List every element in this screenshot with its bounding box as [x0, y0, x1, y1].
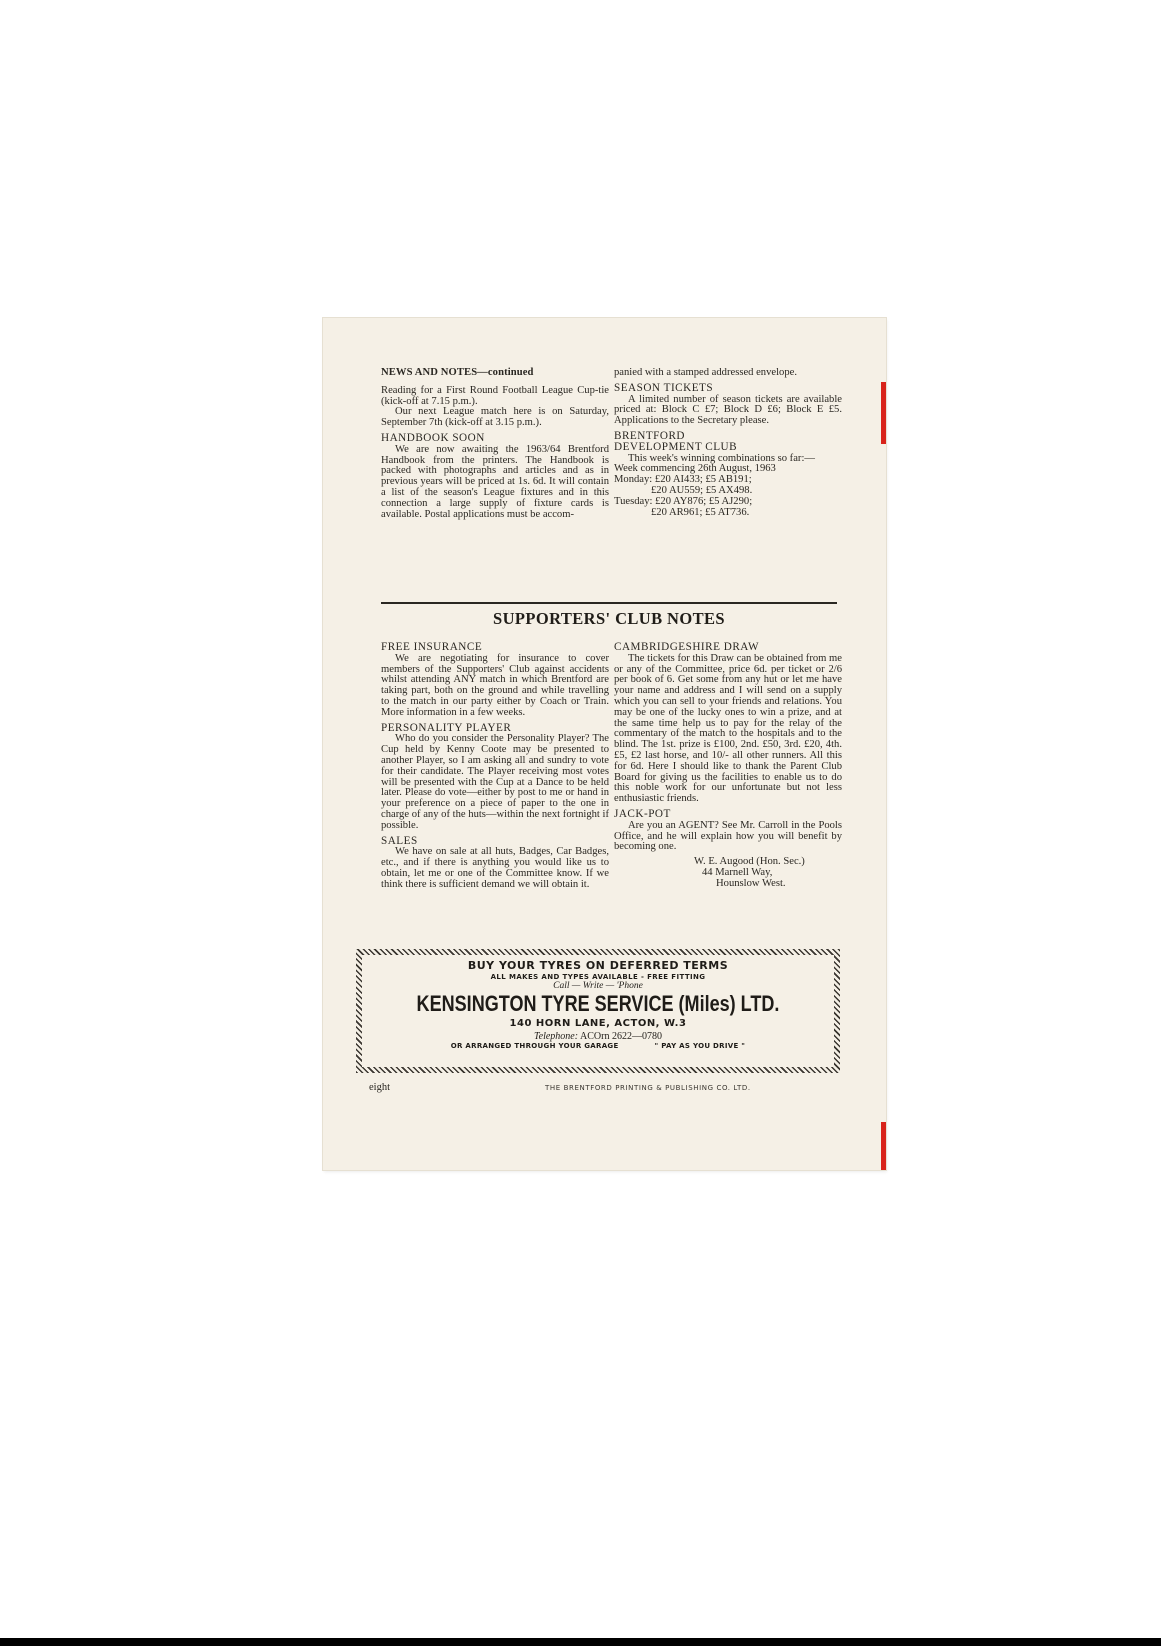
- advert-garage: OR ARRANGED THROUGH YOUR GARAGE: [451, 1042, 619, 1050]
- season-tickets-heading: SEASON TICKETS: [614, 383, 842, 394]
- sales-text: We have on sale at all huts, Badges, Car…: [381, 847, 609, 890]
- telephone-label: Telephone:: [534, 1031, 578, 1042]
- printer-credit: THE BRENTFORD PRINTING & PUBLISHING CO. …: [545, 1084, 751, 1092]
- page-number: eight: [369, 1082, 390, 1093]
- draw-heading: CAMBRIDGESHIRE DRAW: [614, 642, 842, 653]
- handbook-text-cont: panied with a stamped addressed envelope…: [614, 368, 842, 379]
- signature-block: W. E. Augood (Hon. Sec.) 44 Marnell Way,…: [614, 857, 842, 889]
- news-left-column: NEWS AND NOTES—continued Reading for a F…: [381, 368, 609, 520]
- programme-page: NEWS AND NOTES—continued Reading for a F…: [323, 318, 886, 1170]
- dev-club-heading: DEVELOPMENT CLUB: [614, 442, 842, 453]
- scan-edge-bar: [0, 1638, 1161, 1646]
- supporters-left-column: FREE INSURANCE We are negotiating for in…: [381, 642, 609, 891]
- tuesday-line: Tuesday: £20 AY876; £5 AJ290;: [614, 497, 842, 508]
- telephone-number: ACOrn 2622—0780: [580, 1031, 662, 1042]
- personality-text: Who do you consider the Personality Play…: [381, 734, 609, 831]
- personality-heading: PERSONALITY PLAYER: [381, 723, 609, 734]
- advert-telephone: Telephone: ACOrn 2622—0780: [362, 1031, 834, 1042]
- advert-company: KENSINGTON TYRE SERVICE (Miles) LTD.: [404, 992, 791, 1016]
- advert-headline: BUY YOUR TYRES ON DEFERRED TERMS: [362, 959, 834, 972]
- red-edge-tab: [881, 1122, 886, 1170]
- insurance-heading: FREE INSURANCE: [381, 642, 609, 653]
- advert-footer-line: OR ARRANGED THROUGH YOUR GARAGE " PAY AS…: [362, 1042, 834, 1050]
- insurance-text: We are negotiating for insurance to cove…: [381, 654, 609, 719]
- season-tickets-text: A limited number of season tickets are a…: [614, 395, 842, 427]
- handbook-heading: HANDBOOK SOON: [381, 433, 609, 444]
- news-kicker: NEWS AND NOTES—continued: [381, 368, 609, 379]
- advert-subline: ALL MAKES AND TYPES AVAILABLE - FREE FIT…: [362, 973, 834, 981]
- handbook-text: We are now awaiting the 1963/64 Brentfor…: [381, 445, 609, 521]
- supporters-title: SUPPORTERS' CLUB NOTES: [381, 609, 837, 629]
- news-para: Reading for a First Round Football Leagu…: [381, 386, 609, 408]
- red-edge-tab: [881, 382, 886, 444]
- supporters-right-column: CAMBRIDGESHIRE DRAW The tickets for this…: [614, 642, 842, 890]
- advert-contact: Call — Write — 'Phone: [362, 981, 834, 991]
- advert-address: 140 HORN LANE, ACTON, W.3: [362, 1018, 834, 1029]
- news-para: Our next League match here is on Saturda…: [381, 407, 609, 429]
- tuesday-line: £20 AR961; £5 AT736.: [614, 508, 842, 519]
- news-right-column: panied with a stamped addressed envelope…: [614, 368, 842, 518]
- jackpot-heading: JACK-POT: [614, 809, 842, 820]
- tyre-advert: BUY YOUR TYRES ON DEFERRED TERMS ALL MAK…: [356, 949, 840, 1073]
- advert-slogan: " PAY AS YOU DRIVE ": [655, 1042, 746, 1050]
- jackpot-text: Are you an AGENT? See Mr. Carroll in the…: [614, 821, 842, 853]
- winning-combinations: Week commencing 26th August, 1963 Monday…: [614, 464, 842, 518]
- draw-text: The tickets for this Draw can be obtaine…: [614, 654, 842, 805]
- section-divider: [381, 602, 837, 604]
- advert-body: BUY YOUR TYRES ON DEFERRED TERMS ALL MAK…: [362, 955, 834, 1067]
- sales-heading: SALES: [381, 836, 609, 847]
- signature-address: Hounslow West.: [694, 879, 842, 890]
